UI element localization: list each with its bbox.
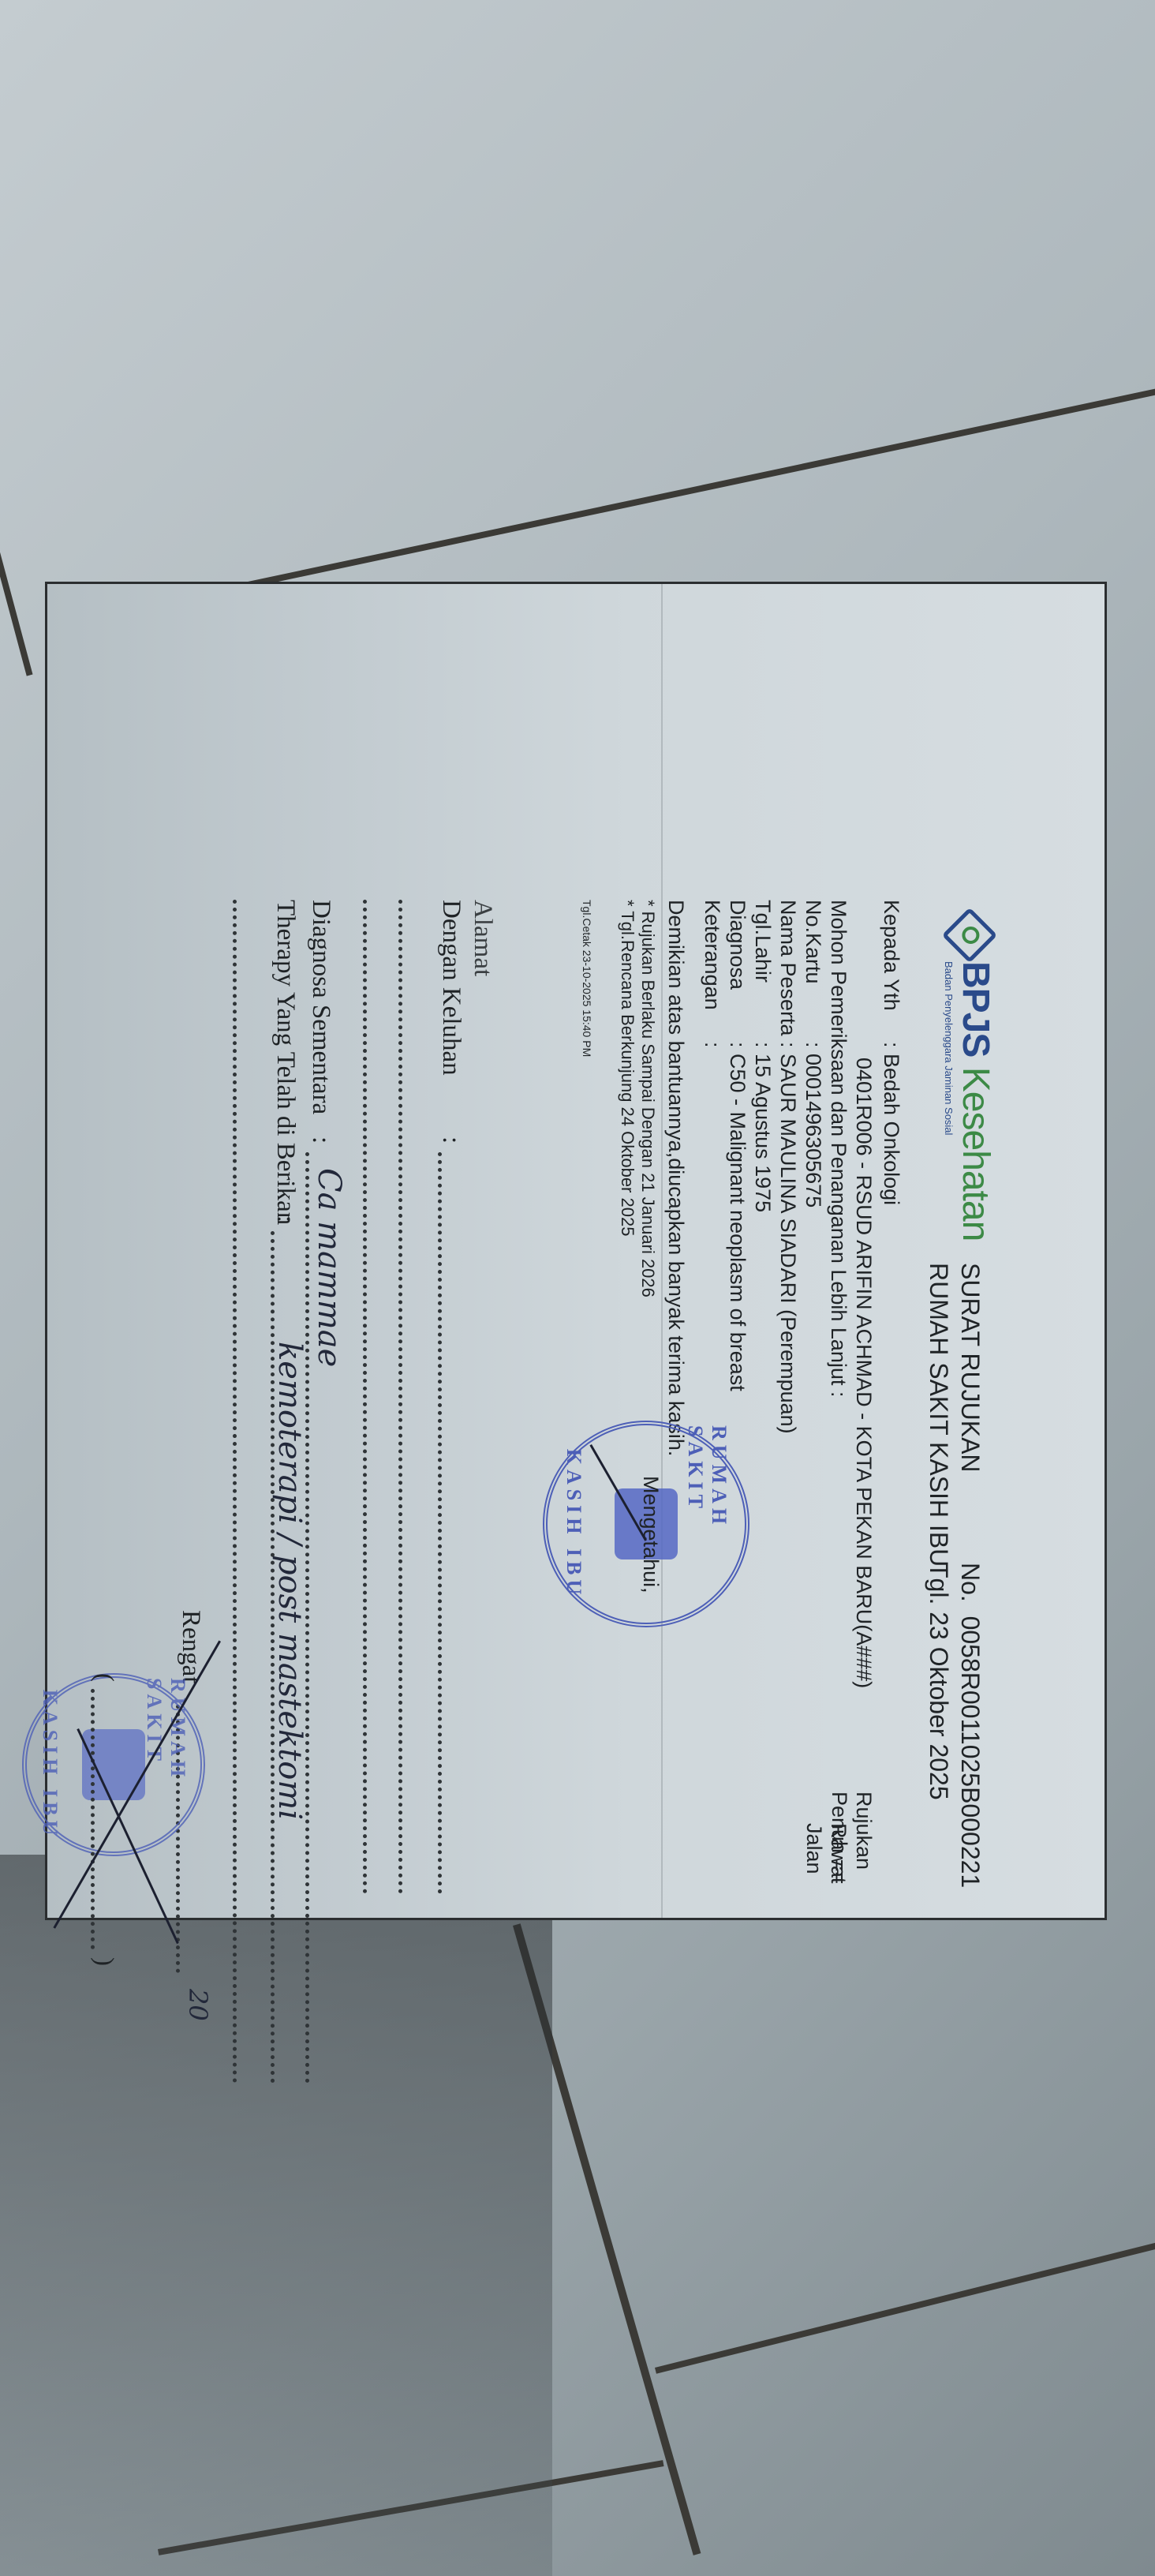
complaint-line-2 [398,900,402,1894]
therapy-label: Therapy Yang Telah di Berikan [271,900,300,1225]
field-row: Nama Peserta: SAUR MAULINA SIADARI (Pere… [776,900,800,1434]
request-text: Mohon Pemeriksaan dan Penanganan Lebih L… [827,900,850,1397]
field-row: No.Kartu: 0001496305675 [802,900,825,1207]
complaint-line-3 [363,900,367,1894]
recipient-row: Kepada Yth: Bedah Onkologi [880,900,903,1205]
field-row: Keterangan: [701,900,724,1048]
logo-subtitle: Badan Penyelenggara Jaminan Sosial [943,961,955,1241]
signature-name-line [91,1689,95,1949]
recipient-value: : Bedah Onkologi [880,1042,903,1205]
letter-date: Tgl. 23 Oktober 2025 [923,1563,955,1888]
field-row: Diagnosa: C50 - Malignant neoplasm of br… [726,900,749,1391]
provisional-diagnosis-label: Diagnosa Sementara [306,900,335,1114]
referral-letter-photo: BPJS Kesehatan Badan Penyelenggara Jamin… [0,584,1105,1918]
closing-text: Demikian atas bantuannya,diucapkan banya… [664,900,688,1456]
address-label-partial: Alamat [468,900,497,976]
bpjs-logo-icon [942,908,998,964]
print-timestamp: Tgl.Cetak 23-10-2025 15:40 PM [581,900,593,1057]
complaint-label: Dengan Keluhan [436,900,465,1076]
paper-fold [661,584,663,1918]
therapy-line-2 [233,900,237,2084]
validity-note: * Rujukan Berlaku Sampai Dengan 21 Janua… [637,900,658,1297]
title-hospital-name: RUMAH SAKIT KASIH IBU [923,1263,955,1567]
bpjs-logo: BPJS Kesehatan Badan Penyelenggara Jamin… [943,915,994,1241]
hospital-stamp-2: RUMAH SAKIT KASIH IBU [22,1673,205,1856]
therapy-handwriting: kemoterapi / post mastektomi [271,1342,308,1820]
letter-title: SURAT RUJUKAN RUMAH SAKIT KASIH IBU [923,1263,986,1567]
logo-brand-bpjs: BPJS [955,961,996,1057]
recipient-label: Kepada Yth [880,900,903,1042]
field-row: Tgl.Lahir: 15 Agustus 1975 [751,900,775,1212]
visit-plan-note: * Tgl.Rencana Berkunjung 24 Oktober 2025 [617,900,637,1236]
referral-letter: BPJS Kesehatan Badan Penyelenggara Jamin… [47,584,1105,1918]
title-surat-rujukan: SURAT RUJUKAN [955,1263,986,1567]
shadow-area [0,1855,552,2576]
number-label: No. [956,1563,985,1602]
service-type: Rawat Jalan [802,1823,850,1918]
year-prefix: 20 [183,1989,213,2021]
letter-number-block: No. 0058R0011025B000221 Tgl. 23 Oktober … [923,1563,986,1888]
logo-brand-kesehatan: Kesehatan [955,1067,996,1241]
letter-number: 0058R0011025B000221 [956,1616,985,1889]
provisional-diagnosis-handwriting: Ca mammae [311,1168,347,1367]
destination-facility: 0401R006 - RSUD ARIFIN ACHMAD - KOTA PEK… [851,1058,876,1688]
complaint-line [438,1152,442,1894]
